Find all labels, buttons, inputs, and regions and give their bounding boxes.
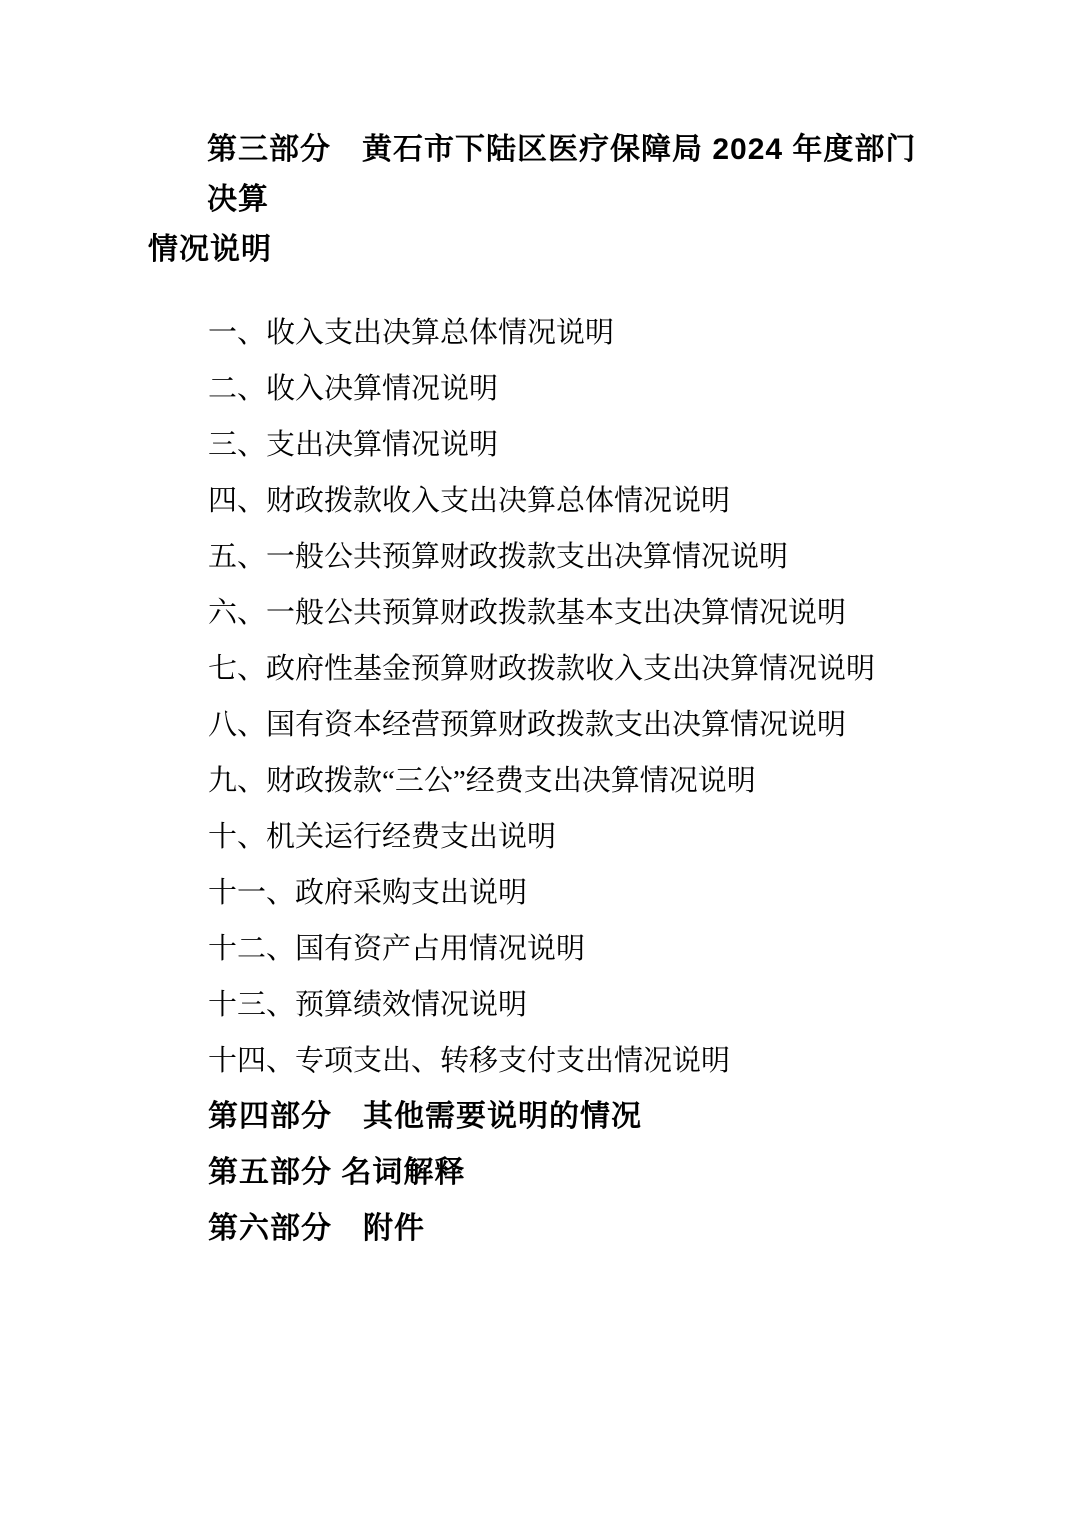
- toc-item-10: 十、机关运行经费支出说明: [148, 809, 929, 865]
- toc-item-2: 二、收入决算情况说明: [148, 361, 929, 417]
- toc-item-5: 五、一般公共预算财政拨款支出决算情况说明: [148, 529, 929, 585]
- section-header-part-4: 第四部分 其他需要说明的情况: [148, 1089, 929, 1145]
- toc-item-9: 九、财政拨款“三公”经费支出决算情况说明: [148, 753, 929, 809]
- section-headers: 第四部分 其他需要说明的情况 第五部分 名词解释 第六部分 附件: [148, 1089, 929, 1257]
- toc-item-14: 十四、专项支出、转移支付支出情况说明: [148, 1033, 929, 1089]
- toc-item-8: 八、国有资本经营预算财政拨款支出决算情况说明: [148, 697, 929, 753]
- toc-item-3: 三、支出决算情况说明: [148, 417, 929, 473]
- section-header-part-6: 第六部分 附件: [148, 1201, 929, 1257]
- toc-item-6: 六、一般公共预算财政拨款基本支出决算情况说明: [148, 585, 929, 641]
- toc-item-13: 十三、预算绩效情况说明: [148, 977, 929, 1033]
- toc-item-12: 十二、国有资产占用情况说明: [148, 921, 929, 977]
- document-title-line-2: 情况说明: [148, 225, 929, 275]
- toc-item-4: 四、财政拨款收入支出决算总体情况说明: [148, 473, 929, 529]
- toc-item-1: 一、收入支出决算总体情况说明: [148, 305, 929, 361]
- document-title-line-1: 第三部分 黄石市下陆区医疗保障局 2024 年度部门决算: [148, 125, 929, 225]
- table-of-contents: 一、收入支出决算总体情况说明 二、收入决算情况说明 三、支出决算情况说明 四、财…: [148, 305, 929, 1089]
- section-header-part-5: 第五部分 名词解释: [148, 1145, 929, 1201]
- document-title: 第三部分 黄石市下陆区医疗保障局 2024 年度部门决算 情况说明: [148, 125, 929, 275]
- document-page: 第三部分 黄石市下陆区医疗保障局 2024 年度部门决算 情况说明 一、收入支出…: [0, 0, 1069, 1514]
- toc-item-11: 十一、政府采购支出说明: [148, 865, 929, 921]
- toc-item-7: 七、政府性基金预算财政拨款收入支出决算情况说明: [148, 641, 929, 697]
